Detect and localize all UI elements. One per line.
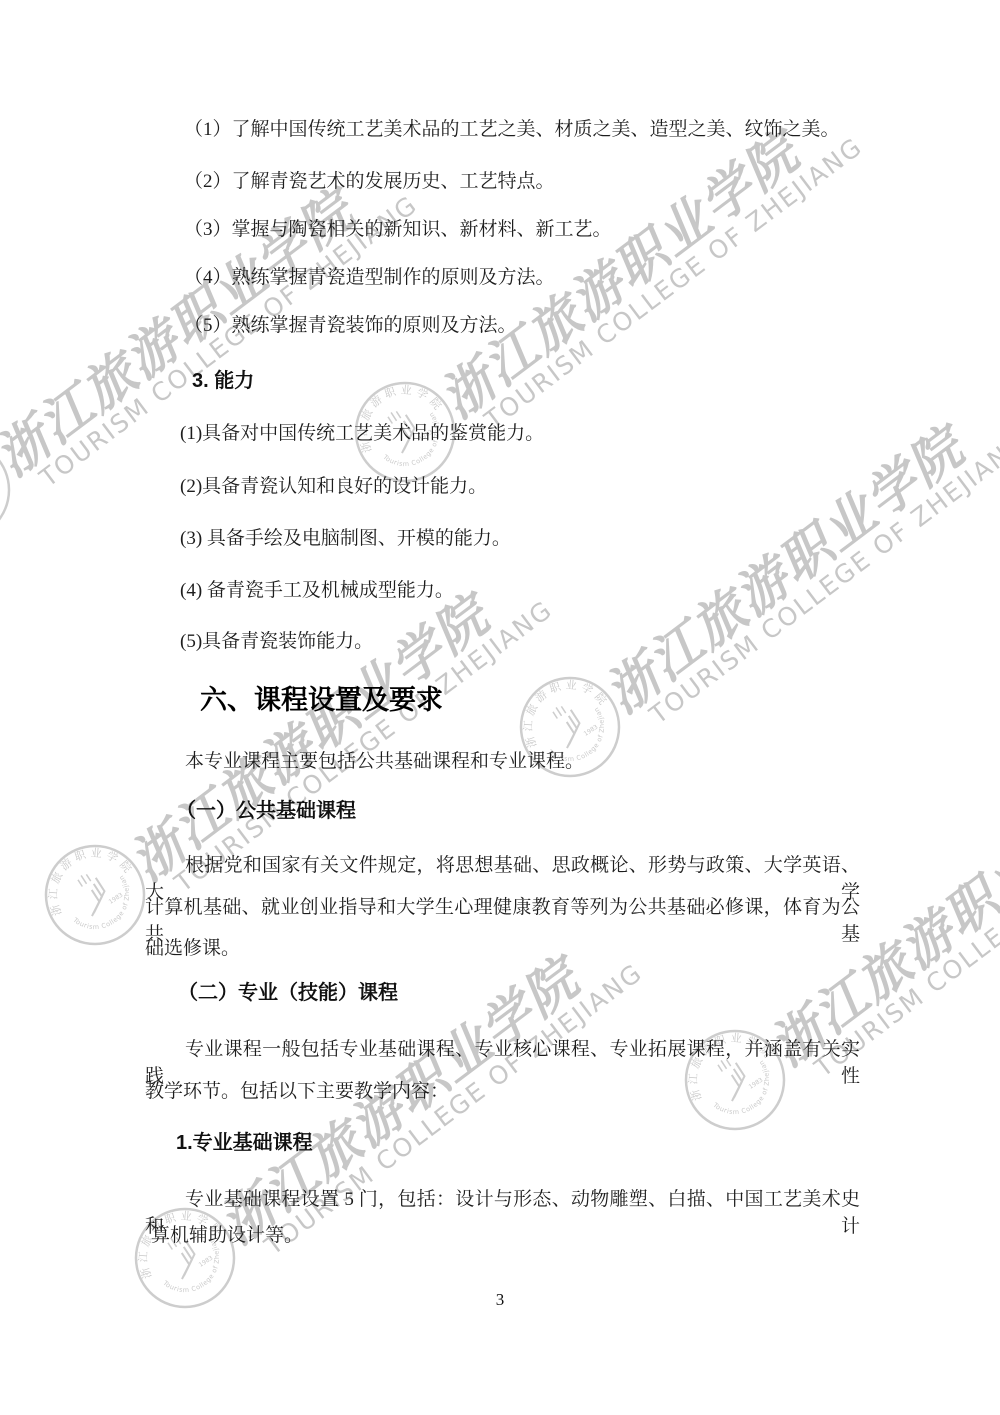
sub2-heading: （二）专业（技能）课程 [178,980,398,1007]
knowledge-item-5: （5）熟练掌握青瓷装饰的原则及方法。 [184,312,517,339]
paragraph-line: 教学环节。包括以下主要教学内容： [145,1078,449,1105]
ability-item-2: (2)具备青瓷认知和良好的设计能力。 [180,473,487,500]
section-heading: 六、课程设置及要求 [200,684,443,716]
knowledge-item-2: （2）了解青瓷艺术的发展历史、工艺特点。 [184,168,555,195]
document-content: （1）了解中国传统工艺美术品的工艺之美、材质之美、造型之美、纹饰之美。 （2）了… [0,0,1000,1415]
ability-item-4: (4) 备青瓷手工及机械成型能力。 [180,577,454,604]
ability-item-5: (5)具备青瓷装饰能力。 [180,628,373,655]
knowledge-item-1: （1）了解中国传统工艺美术品的工艺之美、材质之美、造型之美、纹饰之美。 [184,116,840,143]
ability-item-1: (1)具备对中国传统工艺美术品的鉴赏能力。 [180,420,544,447]
paragraph-line: 算机辅助设计等。 [151,1222,303,1249]
paragraph-line: 计算机基础、就业创业指导和大学生心理健康教育等列为公共基础必修课，体育为公共基 [145,894,860,948]
sub3-heading: 1.专业基础课程 [176,1130,313,1157]
knowledge-item-3: （3）掌握与陶瓷相关的新知识、新材料、新工艺。 [184,216,612,243]
page-number: 3 [0,1290,1000,1310]
section-intro: 本专业课程主要包括公共基础课程和专业课程。 [185,748,584,775]
paragraph-line: 础选修课。 [145,935,240,962]
ability-item-3: (3) 具备手绘及电脑制图、开模的能力。 [180,525,511,552]
knowledge-item-4: （4）熟练掌握青瓷造型制作的原则及方法。 [184,264,555,291]
document-page: 浙江旅游职业学院 Tourism College of Zhejiang 198… [0,0,1000,1415]
ability-heading: 3. 能力 [192,368,254,395]
sub1-heading: （一）公共基础课程 [176,798,356,825]
